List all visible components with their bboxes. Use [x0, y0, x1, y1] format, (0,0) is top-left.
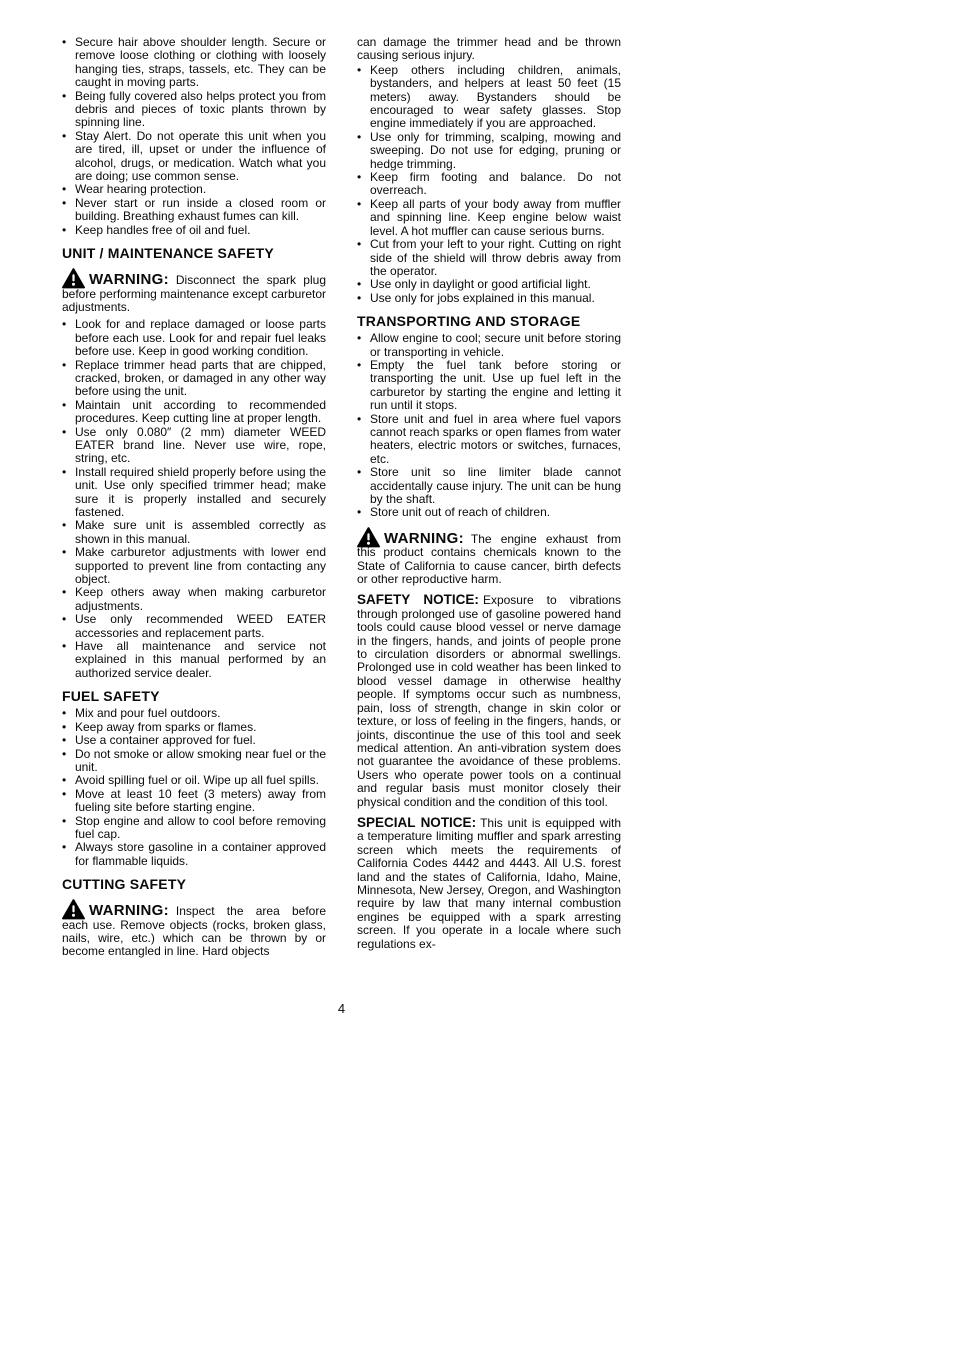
- bullet-item: •Maintain unit according to recommended …: [62, 399, 326, 426]
- bullet-marker: •: [62, 130, 75, 184]
- bullet-marker: •: [62, 815, 75, 842]
- bullet-marker: •: [357, 466, 370, 506]
- notice-paragraph: SAFETY NOTICE:Exposure to vibrations thr…: [357, 593, 621, 809]
- bullet-item: •Move at least 10 feet (3 meters) away f…: [62, 788, 326, 815]
- bullet-marker: •: [62, 197, 75, 224]
- notice-label: SAFETY NOTICE:: [357, 592, 479, 607]
- notice-label: SPECIAL NOTICE:: [357, 815, 476, 830]
- bullet-marker: •: [62, 90, 75, 130]
- warning-paragraph: WARNING:The engine exhaust from this pro…: [357, 531, 621, 587]
- warning-triangle-icon: [62, 899, 85, 920]
- bullet-marker: •: [62, 318, 75, 358]
- bullet-item: •Keep firm footing and balance. Do not o…: [357, 171, 621, 198]
- bullet-item: •Look for and replace damaged or loose p…: [62, 318, 326, 358]
- bullet-item: •Keep handles free of oil and fuel.: [62, 224, 326, 237]
- bullet-text: Never start or run inside a closed room …: [75, 197, 326, 224]
- bullet-marker: •: [62, 519, 75, 546]
- bullet-text: Make carburetor adjustments with lower e…: [75, 546, 326, 586]
- warning-triangle-icon: [357, 527, 380, 548]
- bullet-text: Use only for trimming, scalping, mowing …: [370, 131, 621, 171]
- bullet-marker: •: [62, 841, 75, 868]
- bullet-item: •Store unit out of reach of children.: [357, 506, 621, 519]
- bullet-marker: •: [357, 413, 370, 467]
- bullet-text: Keep others including children, animals,…: [370, 64, 621, 131]
- bullet-text: Keep away from sparks or flames.: [75, 721, 326, 734]
- bullet-marker: •: [62, 640, 75, 680]
- manual-page: •Secure hair above shoulder length. Secu…: [0, 0, 954, 1348]
- bullet-marker: •: [62, 183, 75, 196]
- bullet-list: •Look for and replace damaged or loose p…: [62, 318, 326, 680]
- bullet-text: Store unit so line limiter blade cannot …: [370, 466, 621, 506]
- bullet-text: Move at least 10 feet (3 meters) away fr…: [75, 788, 326, 815]
- bullet-text: Make sure unit is assembled correctly as…: [75, 519, 326, 546]
- bullet-marker: •: [62, 707, 75, 720]
- right-column: can damage the trimmer head and be throw…: [357, 36, 621, 963]
- bullet-text: Install required shield properly before …: [75, 466, 326, 520]
- bullet-item: •Install required shield properly before…: [62, 466, 326, 520]
- bullet-marker: •: [62, 224, 75, 237]
- bullet-marker: •: [357, 278, 370, 291]
- bullet-text: Cut from your left to your right. Cuttin…: [370, 238, 621, 278]
- bullet-item: •Make carburetor adjustments with lower …: [62, 546, 326, 586]
- bullet-text: Store unit out of reach of children.: [370, 506, 621, 519]
- bullet-item: •Allow engine to cool; secure unit befor…: [357, 332, 621, 359]
- bullet-text: Empty the fuel tank before storing or tr…: [370, 359, 621, 413]
- bullet-text: Keep others away when making carburetor …: [75, 586, 326, 613]
- left-column: •Secure hair above shoulder length. Secu…: [62, 36, 326, 963]
- bullet-text: Look for and replace damaged or loose pa…: [75, 318, 326, 358]
- bullet-item: •Replace trimmer head parts that are chi…: [62, 359, 326, 399]
- continuation-paragraph: can damage the trimmer head and be throw…: [357, 36, 621, 63]
- bullet-text: Avoid spilling fuel or oil. Wipe up all …: [75, 774, 326, 787]
- bullet-item: •Keep others including children, animals…: [357, 64, 621, 131]
- bullet-marker: •: [357, 292, 370, 305]
- bullet-text: Always store gasoline in a container app…: [75, 841, 326, 868]
- bullet-marker: •: [62, 734, 75, 747]
- bullet-text: Replace trimmer head parts that are chip…: [75, 359, 326, 399]
- bullet-text: Have all maintenance and service not exp…: [75, 640, 326, 680]
- bullet-item: •Always store gasoline in a container ap…: [62, 841, 326, 868]
- bullet-item: •Stay Alert. Do not operate this unit wh…: [62, 130, 326, 184]
- warning-triangle-icon: [62, 268, 85, 289]
- bullet-list: •Keep others including children, animals…: [357, 64, 621, 305]
- warning-paragraph: WARNING:Disconnect the spark plug before…: [62, 272, 326, 314]
- notice-text: This unit is equipped with a temperature…: [357, 816, 621, 951]
- bullet-item: •Stop engine and allow to cool before re…: [62, 815, 326, 842]
- bullet-item: •Use only recommended WEED EATER accesso…: [62, 613, 326, 640]
- bullet-item: •Use only for trimming, scalping, mowing…: [357, 131, 621, 171]
- bullet-item: •Store unit so line limiter blade cannot…: [357, 466, 621, 506]
- notice-text: Exposure to vibrations through prolonged…: [357, 593, 621, 808]
- text-columns: •Secure hair above shoulder length. Secu…: [62, 36, 621, 963]
- bullet-text: Keep handles free of oil and fuel.: [75, 224, 326, 237]
- bullet-item: •Use only for jobs explained in this man…: [357, 292, 621, 305]
- bullet-item: •Have all maintenance and service not ex…: [62, 640, 326, 680]
- bullet-marker: •: [62, 586, 75, 613]
- bullet-marker: •: [357, 198, 370, 238]
- bullet-item: •Mix and pour fuel outdoors.: [62, 707, 326, 720]
- bullet-marker: •: [62, 36, 75, 90]
- bullet-text: Use a container approved for fuel.: [75, 734, 326, 747]
- bullet-item: •Keep away from sparks or flames.: [62, 721, 326, 734]
- bullet-marker: •: [357, 506, 370, 519]
- bullet-text: Wear hearing protection.: [75, 183, 326, 196]
- bullet-text: Secure hair above shoulder length. Secur…: [75, 36, 326, 90]
- bullet-item: •Cut from your left to your right. Cutti…: [357, 238, 621, 278]
- bullet-item: •Wear hearing protection.: [62, 183, 326, 196]
- bullet-item: •Being fully covered also helps protect …: [62, 90, 326, 130]
- bullet-text: Store unit and fuel in area where fuel v…: [370, 413, 621, 467]
- bullet-marker: •: [357, 238, 370, 278]
- bullet-item: •Use only in daylight or good artificial…: [357, 278, 621, 291]
- bullet-marker: •: [62, 399, 75, 426]
- bullet-item: •Never start or run inside a closed room…: [62, 197, 326, 224]
- bullet-item: •Use only 0.080″ (2 mm) diameter WEED EA…: [62, 426, 326, 466]
- bullet-marker: •: [62, 546, 75, 586]
- bullet-list: •Allow engine to cool; secure unit befor…: [357, 332, 621, 520]
- bullet-text: Maintain unit according to recommended p…: [75, 399, 326, 426]
- bullet-marker: •: [62, 359, 75, 399]
- notice-paragraph: SPECIAL NOTICE:This unit is equipped wit…: [357, 816, 621, 951]
- bullet-list: •Mix and pour fuel outdoors.•Keep away f…: [62, 707, 326, 868]
- bullet-item: •Store unit and fuel in area where fuel …: [357, 413, 621, 467]
- bullet-list: •Secure hair above shoulder length. Secu…: [62, 36, 326, 237]
- bullet-item: •Keep others away when making carburetor…: [62, 586, 326, 613]
- bullet-text: Use only in daylight or good artificial …: [370, 278, 621, 291]
- bullet-item: •Do not smoke or allow smoking near fuel…: [62, 748, 326, 775]
- bullet-item: •Keep all parts of your body away from m…: [357, 198, 621, 238]
- bullet-marker: •: [62, 788, 75, 815]
- section-heading: FUEL SAFETY: [62, 689, 326, 704]
- bullet-item: •Avoid spilling fuel or oil. Wipe up all…: [62, 774, 326, 787]
- bullet-marker: •: [357, 332, 370, 359]
- bullet-text: Stop engine and allow to cool before rem…: [75, 815, 326, 842]
- bullet-text: Mix and pour fuel outdoors.: [75, 707, 326, 720]
- bullet-marker: •: [62, 613, 75, 640]
- bullet-text: Allow engine to cool; secure unit before…: [370, 332, 621, 359]
- bullet-item: •Use a container approved for fuel.: [62, 734, 326, 747]
- bullet-marker: •: [62, 721, 75, 734]
- bullet-text: Use only recommended WEED EATER accessor…: [75, 613, 326, 640]
- bullet-item: •Secure hair above shoulder length. Secu…: [62, 36, 326, 90]
- bullet-marker: •: [357, 131, 370, 171]
- bullet-text: Keep all parts of your body away from mu…: [370, 198, 621, 238]
- bullet-text: Do not smoke or allow smoking near fuel …: [75, 748, 326, 775]
- bullet-marker: •: [62, 748, 75, 775]
- bullet-text: Stay Alert. Do not operate this unit whe…: [75, 130, 326, 184]
- bullet-marker: •: [357, 64, 370, 131]
- bullet-item: •Empty the fuel tank before storing or t…: [357, 359, 621, 413]
- bullet-marker: •: [62, 426, 75, 466]
- bullet-text: Keep firm footing and balance. Do not ov…: [370, 171, 621, 198]
- bullet-text: Being fully covered also helps protect y…: [75, 90, 326, 130]
- bullet-marker: •: [62, 774, 75, 787]
- bullet-text: Use only 0.080″ (2 mm) diameter WEED EAT…: [75, 426, 326, 466]
- bullet-marker: •: [357, 359, 370, 413]
- bullet-marker: •: [357, 171, 370, 198]
- bullet-text: Use only for jobs explained in this manu…: [370, 292, 621, 305]
- section-heading: CUTTING SAFETY: [62, 877, 326, 892]
- bullet-marker: •: [62, 466, 75, 520]
- page-number: 4: [62, 1001, 621, 1016]
- warning-paragraph: WARNING:Inspect the area before each use…: [62, 903, 326, 959]
- bullet-item: •Make sure unit is assembled correctly a…: [62, 519, 326, 546]
- section-heading: TRANSPORTING AND STORAGE: [357, 314, 621, 329]
- section-heading: UNIT / MAINTENANCE SAFETY: [62, 246, 326, 261]
